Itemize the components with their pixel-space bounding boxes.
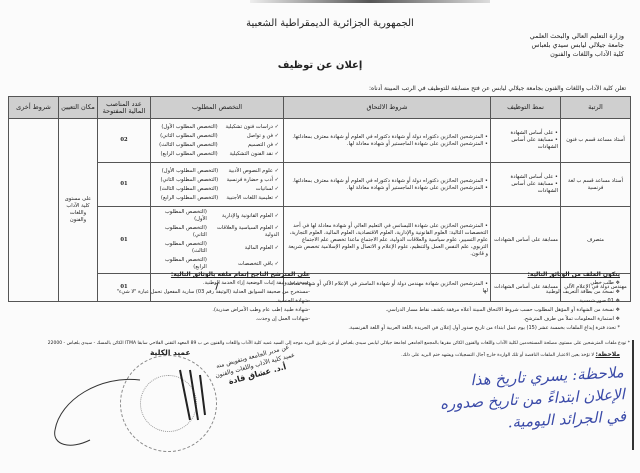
- header-rank: الرتبة: [561, 97, 631, 119]
- rank-cell: أستاذ مساعد قسم ب فنون: [561, 119, 631, 163]
- specialty-tag: (التخصص المطلوب الثاني): [153, 176, 220, 185]
- specialty-tag: (التخصص المطلوب الرابع): [153, 194, 220, 203]
- header-conditions: شروط الالتحاق: [284, 97, 491, 119]
- deadline-note: * تحدد فترة إيداع الملفات بخمسة عشر (15)…: [320, 324, 620, 333]
- dossier-section: يتكون الملف من الوثائق التالية: ❖ طلب خط…: [320, 270, 620, 333]
- bullet-icon: ❖: [616, 316, 620, 322]
- specialty-name: ✓ العلوم السياسية والعلاقات الدولية: [209, 224, 281, 240]
- header-other: شروط أخرى: [9, 97, 59, 119]
- header-place: مكان التعيين: [59, 97, 98, 119]
- specialty-name: ✓ نقد الفنون التشكيلية: [220, 150, 281, 159]
- header-mode: نمط التوظيف: [491, 97, 561, 119]
- dossier-item-text: 01 صور شمسية: [579, 298, 614, 304]
- specialty-name: ✓ العلوم المالية: [209, 240, 281, 256]
- specialty-name: ✓ علوم النصوص الأدبية: [220, 167, 281, 176]
- successful-item: -مستخرج من صحيفة السوابق العدلية (الوثيق…: [70, 288, 310, 297]
- specialty-cell: ✓ علوم النصوص الأدبية(التخصص المطلوب الأ…: [151, 163, 284, 207]
- specialty-tag: (التخصص المطلوب الرابع): [153, 150, 220, 159]
- successful-item: -نسخة من وثيقة إثبات الوضعية إزاء الخدمة…: [70, 279, 310, 288]
- document-title: إعلان عن توظيف: [230, 60, 410, 71]
- specialty-cell: ✓ العلوم القانونية والإدارية(التخصص المط…: [151, 207, 284, 274]
- table-row: متصرف مسابقة على أساس الشهادات • المترشح…: [9, 207, 631, 274]
- successful-heading: على المترشح الناجح إتمام ملفه بالوثائق ا…: [70, 270, 310, 279]
- faculty-line: كلية الآداب واللغات والفنون: [464, 50, 624, 59]
- remark-label: ملاحظة:: [596, 351, 620, 358]
- dossier-item-text: نسخة من الشهادة أو المؤهل المطلوب حسب شر…: [386, 307, 614, 313]
- dossier-item: ❖ نسخة من الشهادة أو المؤهل المطلوب حسب …: [320, 306, 620, 315]
- mode-item: • على أساس الشهادة: [493, 130, 558, 137]
- posts-count: 01: [98, 163, 151, 207]
- dossier-item-text: نسخة من بطاقة التعريف الوطنية: [546, 289, 614, 295]
- ministry-line: وزارة التعليم العالي والبحث العلمي: [464, 32, 624, 41]
- bullet-icon: ❖: [616, 298, 620, 304]
- table-row: أستاذ مساعد قسم ب فنون • على أساس الشهاد…: [9, 119, 631, 163]
- dossier-heading: يتكون الملف من الوثائق التالية:: [320, 270, 620, 279]
- specialty-name: ✓ لسانيات: [220, 185, 281, 194]
- conditions-cell: • المترشحين الحائزين دكتوراه دولة أو شها…: [284, 119, 491, 163]
- dossier-item: ❖ طلب خطي: [320, 279, 620, 288]
- mode-item: • مسابقة على أساس الشهادات: [493, 137, 558, 151]
- remark-line: ملاحظة: لا تؤخذ بعين الاعتبار الملفات ال…: [300, 351, 620, 358]
- specialty-name: ✓ أدب و حضارة فرنسية: [220, 176, 281, 185]
- successful-item: -شهادة الجنسية.: [70, 297, 310, 306]
- dossier-item-text: طلب خطي: [590, 280, 614, 286]
- specialty-tag: (التخصص المطلوب الثالث): [153, 141, 220, 150]
- specialty-tag: (التخصص المطلوب الثالث): [153, 240, 209, 256]
- bullet-icon: ❖: [616, 307, 620, 313]
- remark-text: لا تؤخذ بعين الاعتبار الملفات الناقصة أو…: [401, 353, 594, 358]
- rank-cell: متصرف: [561, 207, 631, 274]
- condition-item: • المترشحين الحائزين دكتوراه دولة أو شها…: [286, 178, 488, 185]
- table-row: أستاذ مساعد قسم ب لغة فرنسية • على أساس …: [9, 163, 631, 207]
- specialty-name: ✓ فن التصميم: [220, 141, 281, 150]
- mode-cell: • على أساس الشهادة • مسابقة على أساس الش…: [491, 163, 561, 207]
- specialty-tag: (التخصص المطلوب الثاني): [153, 132, 220, 141]
- scan-edge-line: [632, 340, 634, 450]
- university-line: جامعة جيلالي ليابس سيدي بلعباس: [464, 41, 624, 50]
- specialty-tag: (التخصص المطلوب الثالث): [153, 185, 220, 194]
- dossier-item-text: استمارة المعلومات تملأ من طرف المترشح.: [523, 316, 614, 322]
- dossier-item: ❖ نسخة من بطاقة التعريف الوطنية: [320, 288, 620, 297]
- header-specialty: التخصص المطلوب: [151, 97, 284, 119]
- republic-heading: الجمهورية الجزائرية الديمقراطية الشعبية: [190, 18, 470, 29]
- successful-item: -شهادة طبية (طب عام وطب الأمراض صدرية).: [70, 306, 310, 315]
- table-header-row: الرتبة نمط التوظيف شروط الالتحاق التخصص …: [9, 97, 631, 119]
- rank-cell: أستاذ مساعد قسم ب لغة فرنسية: [561, 163, 631, 207]
- conditions-cell: • المترشحين الحائزين دكتوراه دولة أو شها…: [284, 163, 491, 207]
- successful-candidate-section: على المترشح الناجح إتمام ملفه بالوثائق ا…: [70, 270, 310, 324]
- specialty-name: ✓ تعليمية اللغات الأجنبية: [220, 194, 281, 203]
- specialty-tag: (التخصص المطلوب الأول): [153, 123, 220, 132]
- condition-item: • المترشحين الحائزين على شهادة الماجستير…: [286, 141, 488, 148]
- posts-count: 02: [98, 119, 151, 163]
- top-scan-edge: [250, 0, 490, 3]
- conditions-cell: • المترشحين الحائزين على شهادة الليسانس …: [284, 207, 491, 274]
- specialty-tag: (التخصص المطلوب الأول): [153, 167, 220, 176]
- specialty-name: ✓ العلوم القانونية والإدارية: [209, 208, 281, 224]
- handwritten-note: ملاحظة: يسري تاريخ هذا الإعلان ابتداءً م…: [363, 361, 626, 441]
- specialty-tag: (التخصص المطلوب الثاني): [153, 224, 209, 240]
- mode-item: • على أساس الشهادة: [493, 174, 558, 181]
- posts-count: 01: [98, 207, 151, 274]
- header-posts: عدد المناصب المالية المفتوحة: [98, 97, 151, 119]
- intro-text: تعلن كلية الآداب واللغات والفنون بجامعة …: [206, 85, 626, 92]
- specialty-name: ✓ دراسات فنون تشكيلية: [220, 123, 281, 132]
- specialty-tag: (التخصص المطلوب الأول): [153, 208, 209, 224]
- bullet-icon: ❖: [616, 280, 620, 286]
- specialty-cell: ✓ دراسات فنون تشكيلية(التخصص المطلوب الأ…: [151, 119, 284, 163]
- dossier-item: ❖ 01 صور شمسية: [320, 297, 620, 306]
- signature-scribble-icon: [40, 360, 240, 460]
- other-conditions-cell: [9, 119, 59, 302]
- condition-item: • المترشحين الحائزين على شهادة الماجستير…: [286, 185, 488, 192]
- mode-cell: مسابقة على أساس الشهادات: [491, 207, 561, 274]
- mode-item: • مسابقة على أساس الشهادات: [493, 181, 558, 195]
- condition-item: • المترشحين الحائزين دكتوراه دولة أو شها…: [286, 134, 488, 141]
- successful-item: -شهادات العمل إن وجدت.: [70, 315, 310, 324]
- mode-cell: • على أساس الشهادة • مسابقة على أساس الش…: [491, 119, 561, 163]
- specialty-name: ✓ فن و تواصل: [220, 132, 281, 141]
- dossier-item: ❖ استمارة المعلومات تملأ من طرف المترشح.: [320, 315, 620, 324]
- bullet-icon: ❖: [616, 289, 620, 295]
- submission-note: * تودع ملفات المترشحين على مستوى مصلحة ا…: [10, 340, 630, 348]
- institution-block: وزارة التعليم العالي والبحث العلمي جامعة…: [464, 32, 624, 59]
